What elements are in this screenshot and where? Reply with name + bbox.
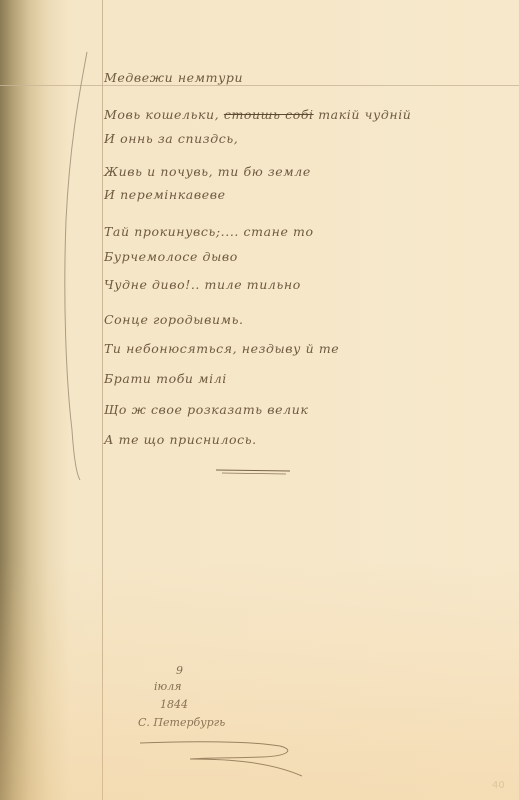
signature-flourish [0,0,519,800]
page-number: 40 [492,780,505,791]
manuscript-page: Медвежи немтури Мовь кошельки, стоишь со… [0,0,519,800]
